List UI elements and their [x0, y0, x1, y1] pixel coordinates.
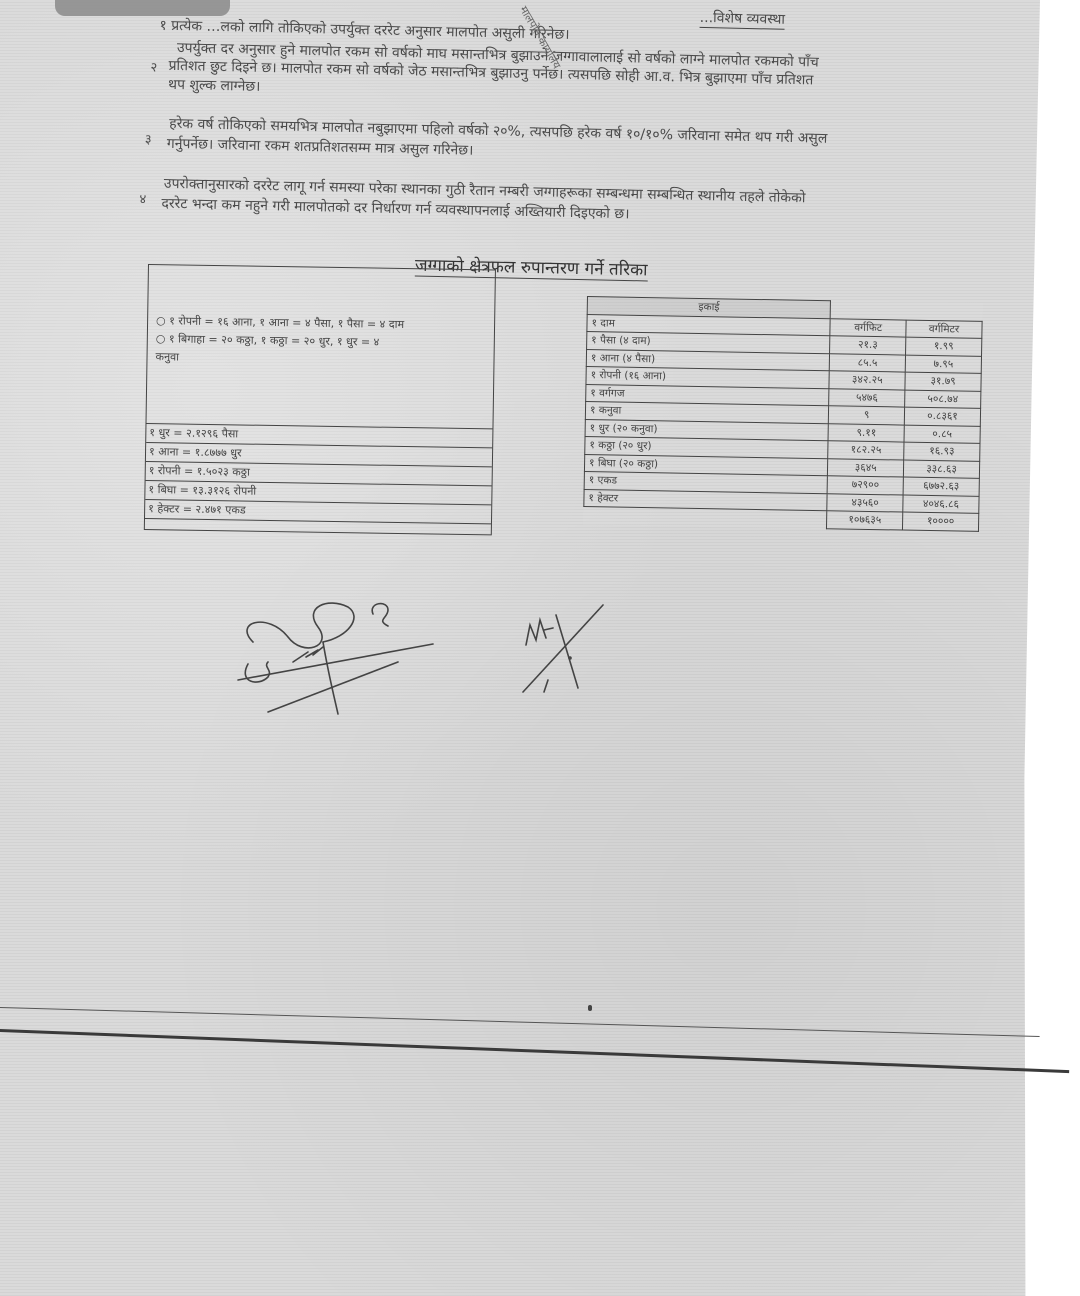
sqm-cell: १००००	[903, 512, 979, 531]
sqm-cell: ०.८३६१	[904, 407, 980, 426]
signature-left	[228, 592, 448, 722]
unit-conversion-table: इकाई १ दाम वर्गफिट वर्गमिटर १ पैसा (४ दा…	[583, 296, 983, 531]
header-sqft: वर्गफिट	[830, 318, 906, 337]
sqft-cell: ९.११	[828, 423, 904, 442]
sqm-cell: ५०८.७४	[905, 390, 981, 409]
sqm-cell: ४०४६.८६	[903, 495, 979, 514]
sqft-cell: १८२.२५	[828, 441, 904, 460]
sqm-cell: १.९९	[906, 337, 982, 356]
page-margin	[1040, 0, 1080, 1296]
header-fragment: ...विशेष व्यवस्था	[700, 8, 786, 30]
note-line-2: ○ १ बिगाहा = २० कठ्ठा, १ कठ्ठा = २० धुर,…	[156, 331, 380, 350]
conversion-notes-box: ○ १ रोपनी = १६ आना, १ आना = ४ पैसा, १ पै…	[144, 264, 496, 535]
header-spacer	[830, 301, 906, 320]
clause-2-line-3: थप शुल्क लाग्नेछ।	[168, 75, 261, 96]
sqft-cell: १०७६३५	[827, 511, 903, 530]
scan-dot	[588, 1005, 592, 1011]
sqft-cell: ४३५६०	[827, 493, 903, 512]
sqft-cell: ३६४५	[828, 458, 904, 477]
clause-2-number: २	[150, 57, 157, 75]
sqft-cell: ३४२.२५	[829, 371, 905, 390]
note-line-3: कनुवा	[155, 349, 179, 364]
sqft-cell: ९	[829, 406, 905, 425]
sqft-cell: ८५.५	[830, 353, 906, 372]
sqm-cell: ६७७२.६३	[903, 477, 979, 496]
sqm-cell: १६.९३	[904, 442, 980, 461]
sqm-cell: ०.८५	[904, 425, 980, 444]
clause-4-number: ४	[139, 189, 146, 207]
sqft-cell: ७२९००	[827, 476, 903, 495]
signature-right	[518, 600, 618, 700]
sqm-cell: ७.९५	[905, 355, 981, 374]
unit-cell	[584, 506, 828, 528]
sqft-cell: २१.३	[830, 336, 906, 355]
viewer-overlay-pill	[55, 0, 230, 16]
clause-3-number: ३	[145, 129, 152, 147]
sqm-cell: ३१.७९	[905, 372, 981, 391]
header-sqm: वर्गमिटर	[906, 320, 982, 339]
header-spacer	[906, 302, 982, 321]
note-line-1: ○ १ रोपनी = १६ आना, १ आना = ४ पैसा, १ पै…	[156, 313, 404, 332]
sqft-cell: ५४७६	[829, 388, 905, 407]
sqm-cell: ३३८.६३	[903, 460, 979, 479]
equivalents-list: १ धुर = २.१२९६ पैसा १ आना = १.८७७७ धुर १…	[145, 423, 492, 524]
